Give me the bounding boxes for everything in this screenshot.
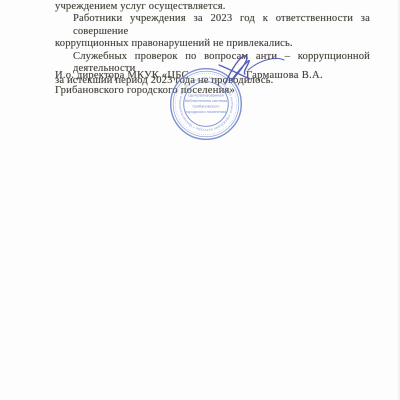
- signature-stroke: [225, 56, 249, 84]
- stamp-center-line: городского поселения: [186, 109, 227, 114]
- signature-stroke: [248, 58, 284, 70]
- scanned-document-page: учреждением услуг осуществляется. Работн…: [0, 0, 400, 400]
- body-line: учреждением услуг осуществляется.: [55, 1, 370, 13]
- stamp-center-line: библиотечная система: [185, 98, 228, 103]
- stamp-center-text: Централизованная библиотечная система Гр…: [185, 93, 228, 115]
- body-line: Работники учреждения за 2023 год к ответ…: [55, 13, 370, 38]
- signature-scribble: [205, 45, 320, 95]
- stamp-center-line: Грибановского: [193, 104, 221, 109]
